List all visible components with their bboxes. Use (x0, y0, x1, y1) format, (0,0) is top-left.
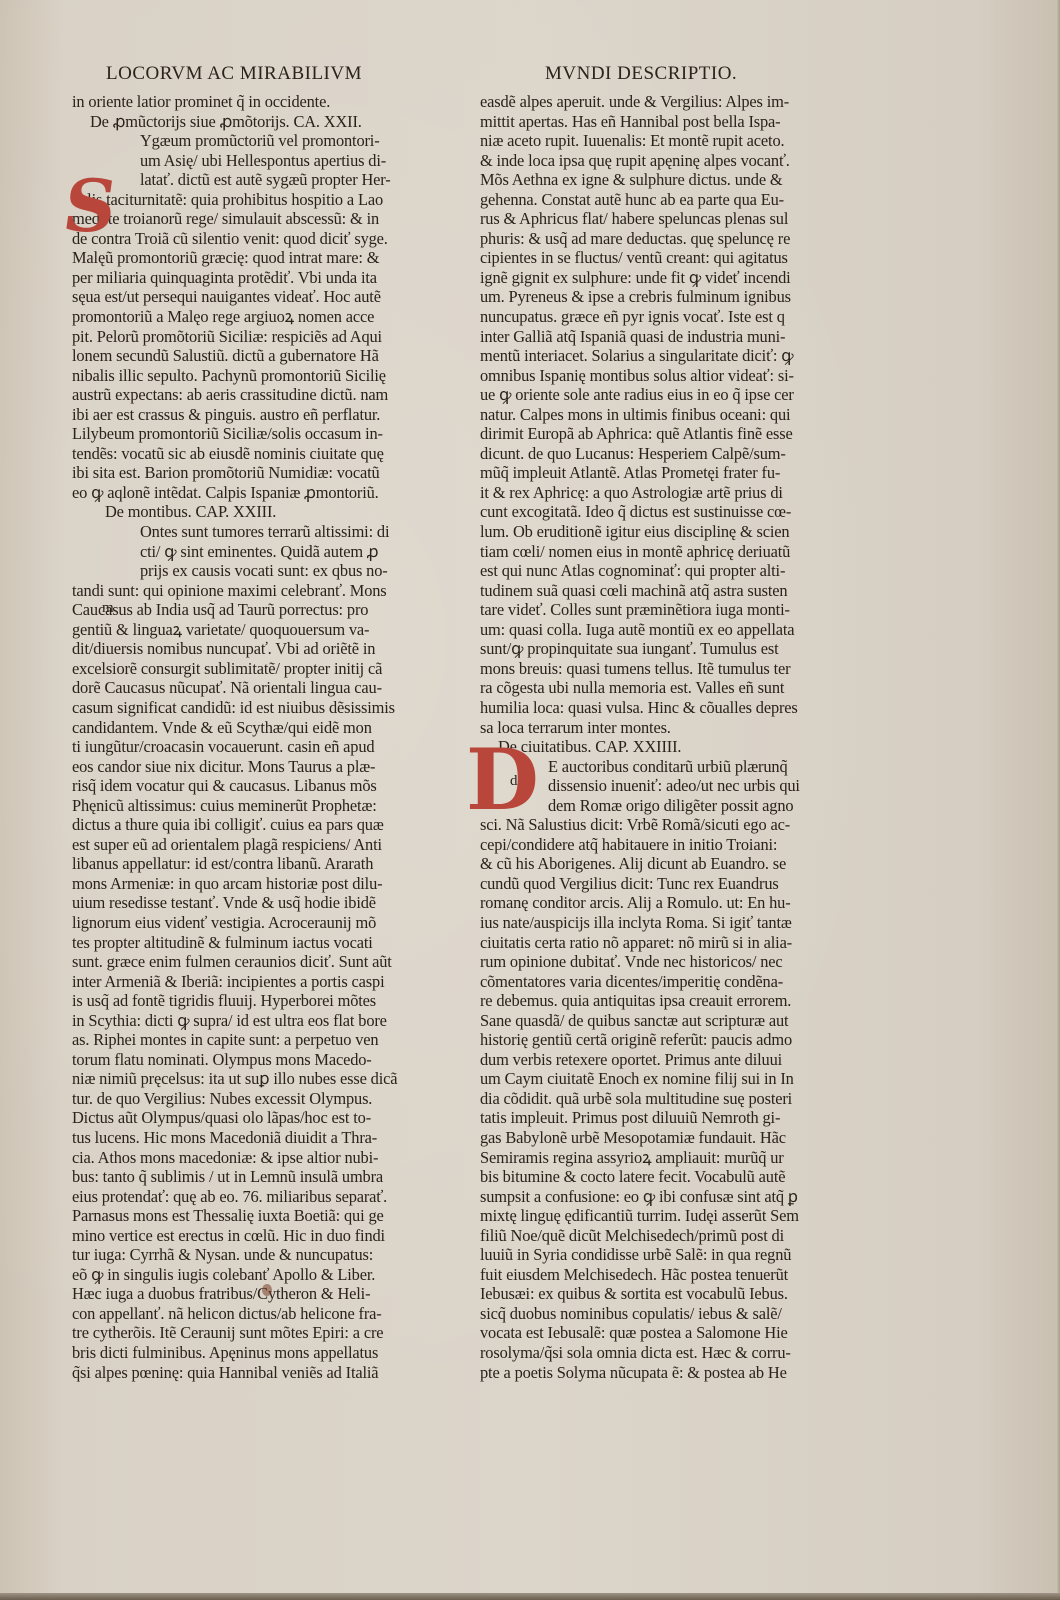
text-line: mons breuis: quasi tumens tellus. Itẽ tu… (480, 659, 820, 679)
text-line: per miliaria quinquaginta protẽdiť. Vbi … (72, 268, 412, 288)
text-line: ciuitatis certa ratio nõ apparet: nõ mir… (480, 933, 820, 953)
text-line: Mõs Aethna ex igne & sulphure dictus. un… (480, 170, 820, 190)
text-line: austrũ expectans: ab aeris crassitudine … (72, 385, 412, 405)
text-line: De montibus. CAP. XXIII. (72, 502, 412, 522)
text-line: filiũ Noe/quẽ dicũt Melchisedech/primũ p… (480, 1226, 820, 1246)
text-line: dorẽ Caucasus nũcupať. Nã orientali ling… (72, 678, 412, 698)
text-line: gas Babylonẽ urbẽ Mesopotamiæ fundauit. … (480, 1128, 820, 1148)
text-line: ibi sita est. Barion promõtoriũ Numidiæ:… (72, 463, 412, 483)
text-line: sunt. græce enim fulmen ceraunios diciť.… (72, 952, 412, 972)
text-line: tare videť. Colles sunt præminẽtiora iug… (480, 600, 820, 620)
text-line: rum opinione dubitať. Vnde nec historico… (480, 952, 820, 972)
rubricated-initial-d: D (466, 738, 539, 822)
book-page: LOCORVM AC MIRABILIVM S m in oriente lat… (0, 0, 1060, 1600)
text-line: Sane quasdã/ de quibus sanctæ aut script… (480, 1011, 820, 1031)
text-line: vocata est Iebusalẽ: quæ postea a Salomo… (480, 1323, 820, 1343)
text-line: risq̃ idem vocatur qui & caucasus. Liban… (72, 776, 412, 796)
text-line: sumpsit a confusione: eo ꝙ ibi confusæ s… (480, 1187, 820, 1207)
text-line: medõte troianorũ rege/ simulauit abscess… (72, 209, 412, 229)
text-line: omnibus Ispanię montibus solus altior vi… (480, 366, 820, 386)
text-line: promontoriũ a Malęo rege argiuoꝝ nomen a… (72, 307, 412, 327)
text-line: tatis impleuit. Primus post diluuiũ Nemr… (480, 1108, 820, 1128)
text-line: Semiramis regina assyrioꝝ ampliauit: mur… (480, 1148, 820, 1168)
text-line: re debemus. quia antiquitas ipsa creauit… (480, 991, 820, 1011)
text-line: Iebusæi: ex quibus & sortita est vocabul… (480, 1284, 820, 1304)
text-line: gentiũ & linguaꝝ varietate/ quoquouersum… (72, 620, 412, 640)
text-line: cipientes in se fluctus/ ventũ creant: q… (480, 248, 820, 268)
text-line: mons Armeniæ: in quo arcam historiæ post… (72, 874, 412, 894)
text-line: excelsiorẽ consurgit sublimitatẽ/ propte… (72, 659, 412, 679)
text-line: con appellanť. nã helicon dictus/ab heli… (72, 1304, 412, 1324)
text-line: rosolyma/q̃si sola omnia dicta est. Hæc … (480, 1343, 820, 1363)
text-line: nuncupatus. græce eñ pyr ignis vocať. Is… (480, 307, 820, 327)
text-line: tes propter altitudinẽ & fulminum iactus… (72, 933, 412, 953)
text-line: pte a poetis Solyma nũcupata ẽ: & postea… (480, 1363, 820, 1383)
text-line: um Caym ciuitatẽ Enoch ex nomine filij s… (480, 1069, 820, 1089)
text-line: ra cõgesta ubi nulla memoria est. Valles… (480, 678, 820, 698)
text-line: & cũ his Aborigenes. Alij dicunt ab Euan… (480, 854, 820, 874)
text-line: sicq̃ duobus nominibus copulatis/ iebus … (480, 1304, 820, 1324)
text-line: niæ aceto rupit. Iuuenalis: Et montẽ rup… (480, 131, 820, 151)
text-line: um Asię/ ubi Hellespontus apertius di- (72, 151, 412, 171)
text-line: dit/diuersis nomibus nuncupať. Vbi ad or… (72, 639, 412, 659)
text-line: historię gentiũ certã originẽ referũt: p… (480, 1030, 820, 1050)
text-line: tre cytherõis. Itẽ Ceraunij sunt mõtes E… (72, 1323, 412, 1343)
text-line: bus: tanto q̃ sublimis / ut in Lemnũ ins… (72, 1167, 412, 1187)
text-line: cepi/condidere atq̃ habitauere in initio… (480, 835, 820, 855)
text-line: q̃si alpes pœninę: quia Hannibal veniẽs … (72, 1363, 412, 1383)
text-line: pit. Pelorũ promõtoriũ Siciliæ: respiciẽ… (72, 327, 412, 347)
text-line: de contra Troiã cũ silentio venit: quod … (72, 229, 412, 249)
text-line: lum. Ob eruditionẽ igitur eius disciplin… (480, 522, 820, 542)
text-line: latať. dictũ est autẽ sygæũ propter Her- (72, 170, 412, 190)
text-line: libanus appellatur: id est/contra libanũ… (72, 854, 412, 874)
text-line: um: quasi colla. Iuga autẽ montiũ ex eo … (480, 620, 820, 640)
text-line: dicunt. de quo Lucanus: Hesperiem Calpẽ/… (480, 444, 820, 464)
text-line: tudinem suã quasi cœli machinã atq̃ astr… (480, 581, 820, 601)
text-line: prijs ex causis vocati sunt: ex qbus no- (72, 561, 412, 581)
text-line: tiam cœli/ nomen eius in montẽ aphricę d… (480, 542, 820, 562)
text-line: culis taciturnitatẽ: quia prohibitus hos… (72, 190, 412, 210)
text-line: uium resedisse testanť. Vnde & usq̃ hodi… (72, 893, 412, 913)
text-line: gehenna. Constat autẽ hunc ab ea parte q… (480, 190, 820, 210)
text-line: is usq̃ ad fontẽ tigridis fluuij. Hyperb… (72, 991, 412, 1011)
text-line: est super eũ ad orientalem plagã respici… (72, 835, 412, 855)
text-line: mino vertice est erectus in cœlũ. Hic in… (72, 1226, 412, 1246)
text-line: um. Pyreneus & ipse a crebris fulminum i… (480, 287, 820, 307)
text-line: sęua est/ut persequi nauigantes videať. … (72, 287, 412, 307)
text-line: cunt excogitatã. Ideo q̃ dictus est sust… (480, 502, 820, 522)
text-line: romanę conditor arcis. Alij a Romulo. ut… (480, 893, 820, 913)
text-line: casum significat candidũ: id est niuibus… (72, 698, 412, 718)
text-line: cia. Athos mons macedoniæ: & ipse altior… (72, 1148, 412, 1168)
left-column: LOCORVM AC MIRABILIVM S m in oriente lat… (72, 62, 412, 1382)
text-line: easdẽ alpes aperuit. unde & Vergilius: A… (480, 92, 820, 112)
text-line: tandi sunt: qui opinione maximi celebran… (72, 581, 412, 601)
text-line: Hæc iuga a duobus fratribus/Cytheron & H… (72, 1284, 412, 1304)
text-line: nibalis illic sepulto. Pachynũ promontor… (72, 366, 412, 386)
text-line: inter Galliã atq̃ Ispaniã quasi de indus… (480, 327, 820, 347)
text-line: eius protendať: quę ab eo. 76. miliaribu… (72, 1187, 412, 1207)
rubricated-initial-s: S (59, 170, 121, 242)
ink-smudge (262, 1284, 272, 1296)
page-edge-bottom (0, 1593, 1060, 1600)
text-line: Lilybeum promontoriũ Siciliæ/solis occas… (72, 424, 412, 444)
text-line: dum verbis retexere oportet. Primus ante… (480, 1050, 820, 1070)
text-line: mixtę linguę ędificantiũ turrim. Iudęi a… (480, 1206, 820, 1226)
text-line: eo ꝙ aqlonẽ intẽdat. Calpis Ispaniæ ꝓmon… (72, 483, 412, 503)
text-line: natur. Calpes mons in ultimis finibus oc… (480, 405, 820, 425)
text-line: ius nate/auspicijs illa inclyta Roma. Si… (480, 913, 820, 933)
text-line: lonem secundũ Salustiũ. dictũ a gubernat… (72, 346, 412, 366)
running-head-right: MVNDI DESCRIPTIO. (480, 62, 820, 92)
text-line: mittit apertas. Has eñ Hannibal post bel… (480, 112, 820, 132)
text-line: sunt/ꝙ propinquitate sua iunganť. Tumulu… (480, 639, 820, 659)
text-line: tus lucens. Hic mons Macedoniã diuidit a… (72, 1128, 412, 1148)
text-line: lignorum eius videnť vestigia. Acrocerau… (72, 913, 412, 933)
text-line: Ygæum promũctoriũ vel promontori- (72, 131, 412, 151)
text-line: niæ nimiũ pręcelsus: ita ut suꝑ illo nub… (72, 1069, 412, 1089)
running-head-left: LOCORVM AC MIRABILIVM (72, 62, 412, 92)
text-line: in Scythia: dicti ꝙ supra/ id est ultra … (72, 1011, 412, 1031)
text-line: fuit eiusdem Melchisedech. Hãc postea te… (480, 1265, 820, 1285)
text-line: ibi aer est crassus & pinguis. austro eñ… (72, 405, 412, 425)
text-line: torum flatu nominati. Olympus mons Maced… (72, 1050, 412, 1070)
text-line: rus & Aphricus flat/ habere speluncas pl… (480, 209, 820, 229)
text-line: bris dicti fulminibus. Apęninus mons app… (72, 1343, 412, 1363)
guide-letter-m: m (102, 599, 114, 619)
text-line: mentũ interiacet. Solarius a singularita… (480, 346, 820, 366)
text-line: in oriente latior prominet q̃ in occiden… (72, 92, 412, 112)
text-line: eos candor siue nix dicitur. Mons Taurus… (72, 757, 412, 777)
text-line: ue ꝙ oriente sole ante radius eius in eo… (480, 385, 820, 405)
text-line: tur. de quo Vergilius: Nubes excessit Ol… (72, 1089, 412, 1109)
text-line: luuiũ in Syria condidisse urbẽ Salẽ: in … (480, 1245, 820, 1265)
text-line: est qui nunc Atlas cognominať: qui propt… (480, 561, 820, 581)
text-line: Malęũ promontoriũ græcię: quod intrat ma… (72, 248, 412, 268)
text-line: Phęnicũ altissimus: cuius meminerũt Prop… (72, 796, 412, 816)
text-line: inter Armeniã & Iberiã: incipientes a po… (72, 972, 412, 992)
text-line: cti/ ꝙ sint eminentes. Quidã autem ꝓ (72, 542, 412, 562)
text-line: Parnasus mons est Thessalię iuxta Boetiã… (72, 1206, 412, 1226)
text-line: tendẽs: vocatũ sic ab eiusdẽ nominis ciu… (72, 444, 412, 464)
text-line: Dictus aũt Olympus/quasi olo lãpas/hoc e… (72, 1108, 412, 1128)
text-line: Caucasus ab India usq̃ ad Taurũ porrectu… (72, 600, 412, 620)
text-line: dirimit Europã ab Aphrica: quẽ Atlantis … (480, 424, 820, 444)
text-line: tur iuga: Cyrrhã & Nysan. unde & nuncupa… (72, 1245, 412, 1265)
text-line: cõmentatores varia dicentes/imperitię co… (480, 972, 820, 992)
text-line: as. Riphei montes in capite sunt: a perp… (72, 1030, 412, 1050)
page-edge-right (1056, 0, 1060, 1600)
guide-letter-d: d (510, 772, 517, 792)
text-line: De ꝓmũctorijs siue ꝓmõtorijs. CA. XXII. (72, 112, 412, 132)
text-line: ignẽ gignit ex sulphure: unde fit ꝙ vide… (480, 268, 820, 288)
text-line: Ontes sunt tumores terrarũ altissimi: di (72, 522, 412, 542)
text-line: eõ ꝙ in singulis iugis colebanť Apollo &… (72, 1265, 412, 1285)
text-line: mũq̃ impleuit Atlantẽ. Atlas Prometęi fr… (480, 463, 820, 483)
text-line: dictus a thure quia ibi colligiť. cuius … (72, 815, 412, 835)
text-line: bis bitumine & cocto latere fecit. Vocab… (480, 1167, 820, 1187)
right-column: MVNDI DESCRIPTIO. D d easdẽ alpes aperui… (480, 62, 820, 1382)
text-line: phuris: & usq̃ ad mare deductas. quę spe… (480, 229, 820, 249)
left-column-text: in oriente latior prominet q̃ in occiden… (72, 92, 412, 1382)
text-line: ti iungũtur/croacasin vocauerunt. casin … (72, 737, 412, 757)
text-line: dia cõdidit. quã urbẽ sola multitudine s… (480, 1089, 820, 1109)
text-line: cundũ quod Vergilius dicit: Tunc rex Eua… (480, 874, 820, 894)
text-line: & inde loca ipsa quę rupit apęninę alpes… (480, 151, 820, 171)
text-line: candidantem. Vnde & eũ Scythæ/qui eidẽ m… (72, 718, 412, 738)
text-line: humilia loca: quasi vulsa. Hinc & cõuall… (480, 698, 820, 718)
text-line: it & rex Aphricę: a quo Astrologiæ artẽ … (480, 483, 820, 503)
